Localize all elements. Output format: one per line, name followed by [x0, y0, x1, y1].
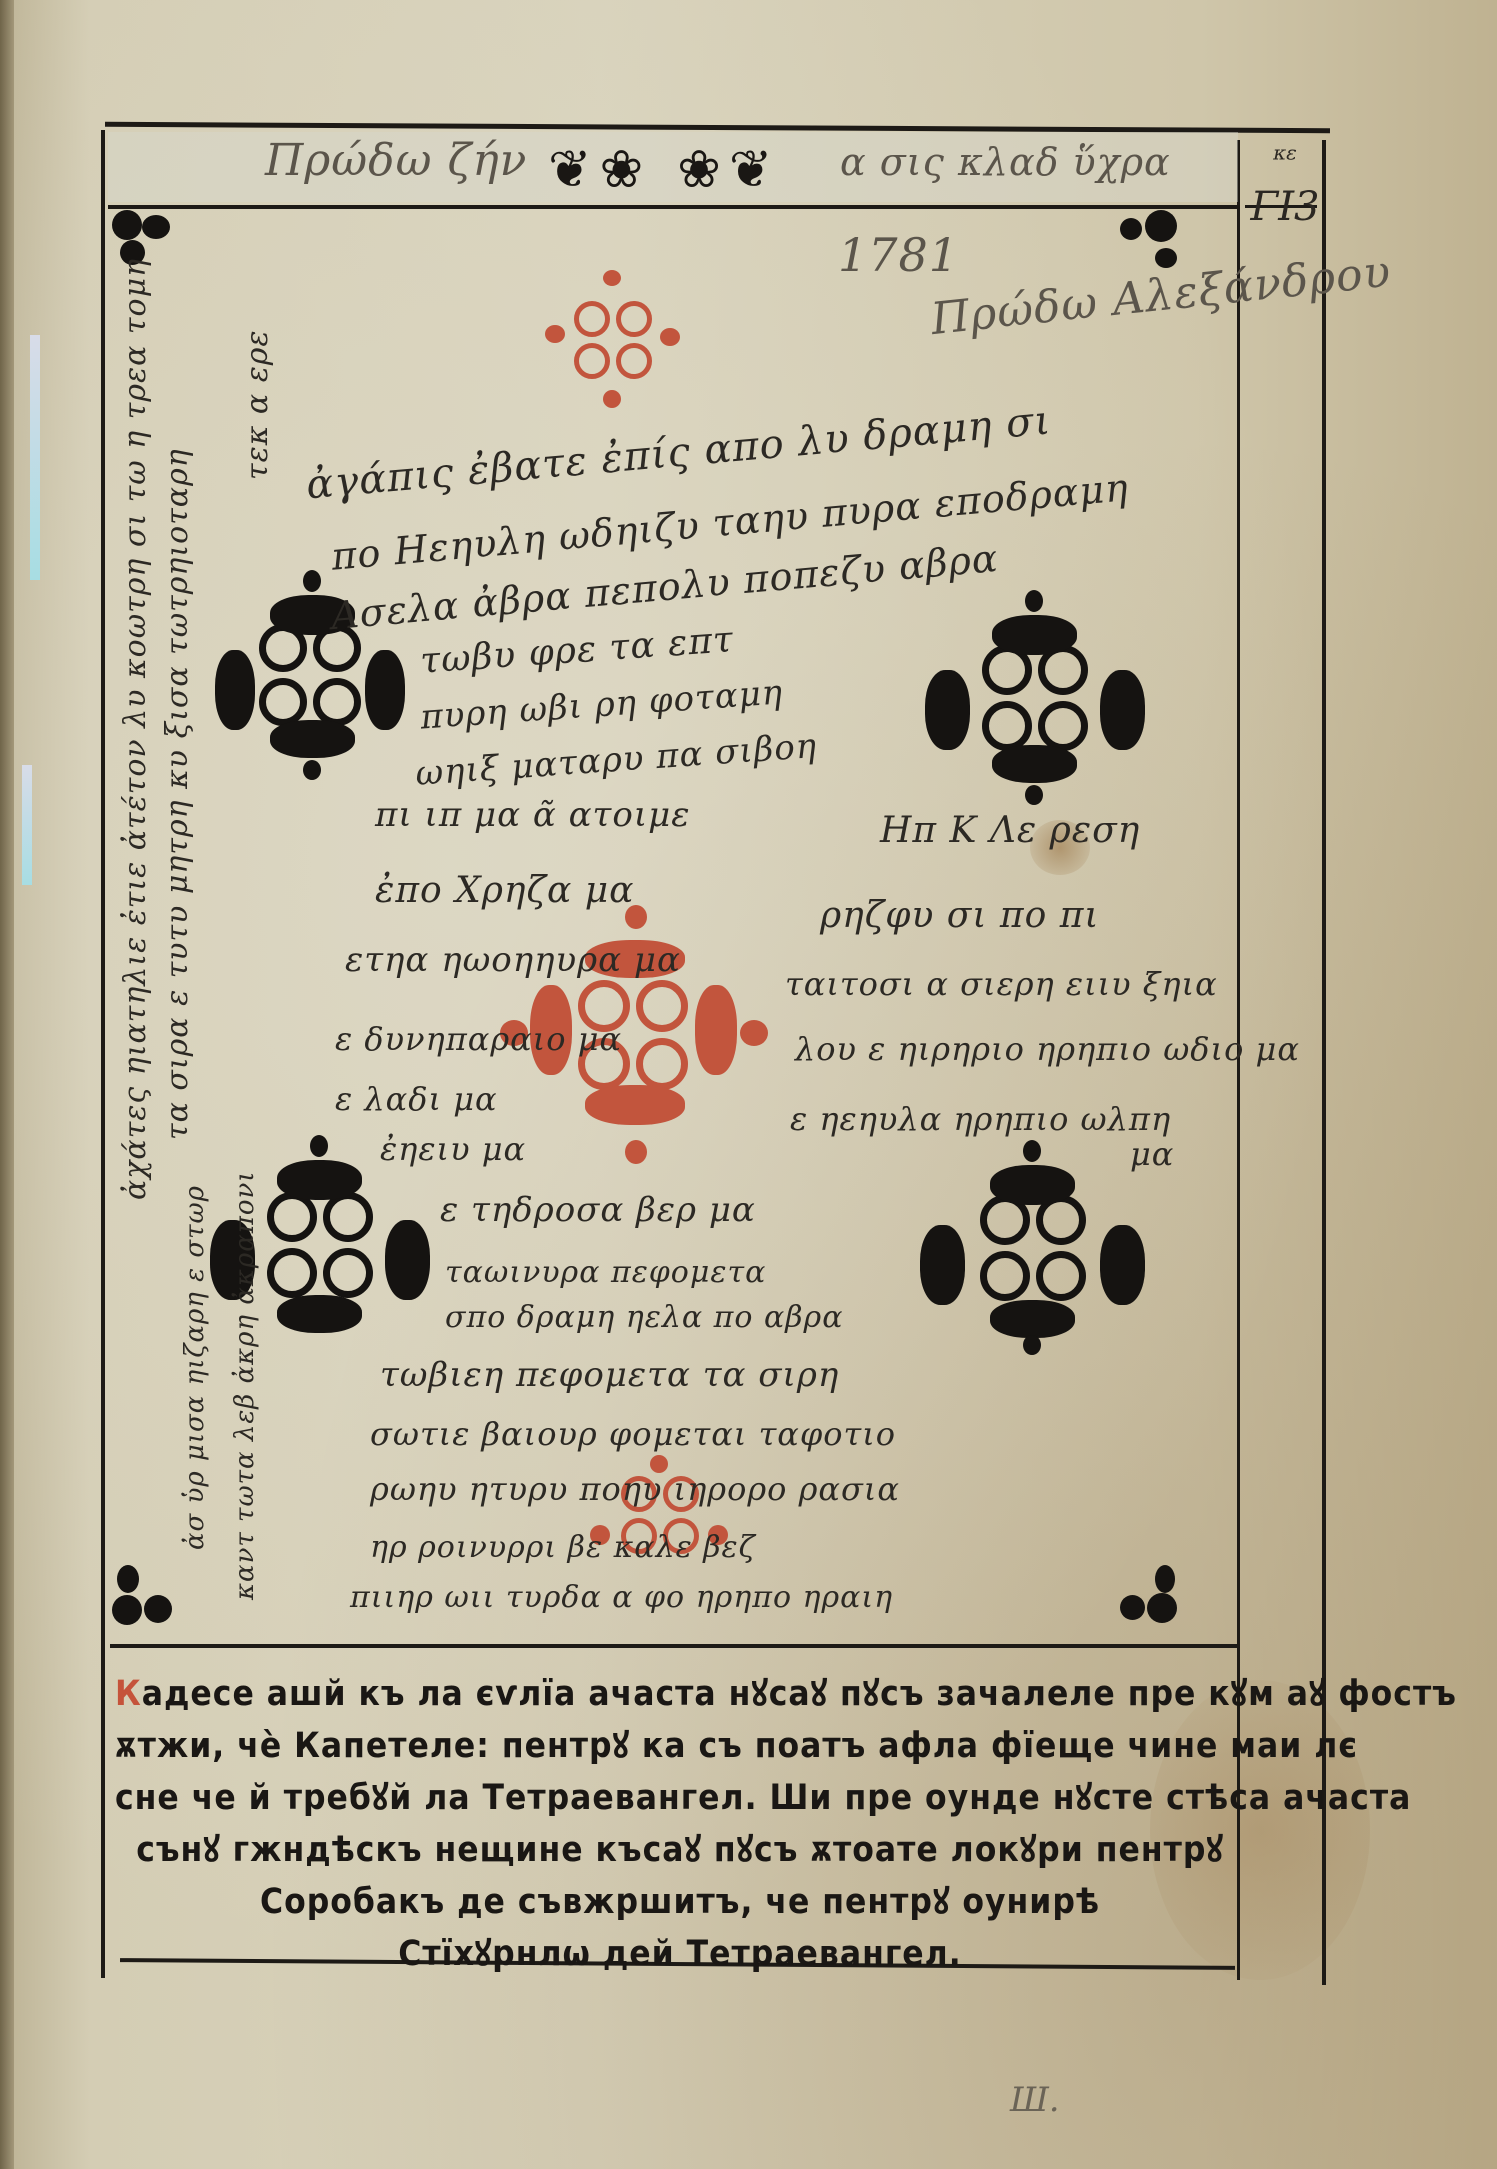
folio-number: κε ΓΙ3 — [1245, 138, 1325, 230]
handwritten-line: τωβιεη πεφομετα τα σιρη — [380, 1355, 839, 1395]
handwritten-right-line: ρηζφυ σι πο πι — [820, 895, 1099, 936]
printed-line: ѫтжи, чѐ Капетеле: пентрꙋ ка съ поатъ аф… — [115, 1720, 1245, 1772]
frame-left-rule — [101, 130, 105, 1978]
red-initial-letter: К — [115, 1674, 142, 1714]
text-block-separator-rule — [110, 1644, 1240, 1648]
handwritten-line: ρωηυ ητυρυ ποηυ ιηρορο ρασια — [370, 1470, 900, 1508]
printed-line: сънꙋ гжндѣскъ нещине късаꙋ пꙋсъ ѫтоате л… — [115, 1824, 1245, 1876]
book-spine-edge — [0, 0, 14, 2169]
scan-artifact-strip — [30, 335, 40, 580]
black-fleuron-ornament — [920, 590, 1150, 805]
corner-ornament-bottom-left — [112, 1565, 182, 1625]
handwritten-right-line: μα — [1130, 1135, 1174, 1173]
scan-artifact-strip — [22, 765, 32, 885]
handwritten-line: ἐηειυ μα — [380, 1130, 526, 1168]
folio-superscript: κε — [1273, 141, 1297, 165]
printed-text-block: Кадесе ашй къ ла єѵлїа ачаста нꙋсаꙋ пꙋсъ… — [115, 1668, 1245, 1980]
handwritten-line: ωηιξ ματαρυ πα σιβοη — [414, 726, 818, 794]
handwritten-line: ταωινυρα πεφομετα — [445, 1255, 766, 1290]
header-handwriting-right: α σις κλαδ ὕχρα — [840, 140, 1171, 184]
black-fleuron-ornament — [915, 1140, 1150, 1355]
handwritten-line: ε λαδι μα — [335, 1080, 498, 1118]
handwritten-right-line: λου ε ηιρηριο ηρηπιο ωδιο μα — [795, 1030, 1300, 1068]
handwritten-line: ηρ ροινυρρι βε καλε βεζ — [370, 1530, 756, 1565]
margin-vertical-handwriting: ἀσ ὑρ μισα ηιζαρη ε στωρ — [180, 1185, 210, 1550]
document-page: Πρώδω ζήν ❦❀ ❀❦ α σις κλαδ ὕχρα κε ΓΙ3 — [0, 0, 1497, 2169]
handwritten-line: ε δυνηπαραιο μα — [335, 1020, 622, 1058]
printed-line: Кадесе ашй къ ла єѵлїа ачаста нꙋсаꙋ пꙋсъ… — [115, 1668, 1245, 1720]
handwritten-year: 1781 — [838, 228, 959, 282]
handwritten-right-line: ε ηεηυλα ηρηπιο ωλπη — [790, 1100, 1171, 1138]
header-handwriting-left: Πρώδω ζήν — [265, 135, 527, 186]
margin-vertical-handwriting: καντ τωτα λεβ ἀκρη ἀκραπονι — [230, 1170, 260, 1600]
printed-line: Соробакъ де съвжршитъ, че пентрꙋ оунирѣ — [115, 1876, 1245, 1928]
handwritten-right-line: Ηπ Κ Λε ρεση — [880, 810, 1140, 851]
handwritten-line: τωβυ φρε τα επτ — [419, 619, 735, 682]
handwritten-line: πι ιπ μα ᾶ ατοιμε — [375, 795, 691, 835]
header-bottom-rule — [108, 205, 1238, 209]
margin-vertical-handwriting: τεκ α ερε — [240, 329, 275, 480]
handwritten-line: σωτιε βαιουρ φομεται ταφοτιο — [370, 1415, 896, 1453]
printed-line: Стїхꙋрнлѡ дей Тетраевангел. — [115, 1928, 1245, 1980]
red-fleuron-ornament — [545, 270, 680, 410]
handwritten-line: ἐπο Χρηζα μα — [375, 870, 634, 911]
pencil-note: Ш. — [1010, 2080, 1060, 2120]
handwritten-line: ετηα ηωοηηυρα μα — [345, 940, 681, 980]
handwritten-line: πυρη ωβι ρη φοταμη — [419, 672, 784, 737]
margin-vertical-handwriting: ἀχάτες ηιατηλιε ἐτιε ἀτέτον λυ κοωτρη σι… — [118, 258, 153, 1200]
corner-ornament-top-right — [1115, 210, 1185, 270]
printed-line: сне че й требꙋй ла Тетраевангел. Ши пре … — [115, 1772, 1245, 1824]
handwritten-right-line: ταιτοσι α σιερη ειιυ ξηια — [785, 965, 1218, 1003]
handwritten-line: πιιηρ ωιι τυρδα α φο ηρηπο ηραιη — [350, 1580, 893, 1615]
header-printed-ornament: ❦❀ ❀❦ — [548, 140, 780, 200]
margin-vertical-handwriting: τα σιρα ε τυτυ μητρη κυ ξισα τωτρηιοταρη — [160, 448, 195, 1140]
handwritten-line: ε τηδροσα βερ μα — [440, 1190, 756, 1230]
corner-ornament-bottom-right — [1115, 1565, 1185, 1625]
folio-number-text: ΓΙ3 — [1250, 184, 1319, 230]
handwritten-line: σπο δραμη ηελα πο αβρα — [445, 1300, 843, 1335]
